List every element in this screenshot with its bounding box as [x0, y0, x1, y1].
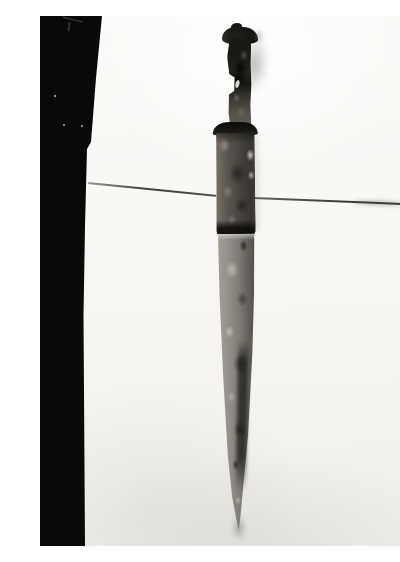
sword-artifact — [40, 16, 400, 546]
artifact-photo — [40, 16, 400, 546]
scabbard-upper-section — [216, 133, 256, 234]
scabbard-edge-fringe — [254, 136, 262, 231]
blade-tip-shadow — [231, 518, 247, 546]
blade-dark-streak — [236, 341, 249, 491]
